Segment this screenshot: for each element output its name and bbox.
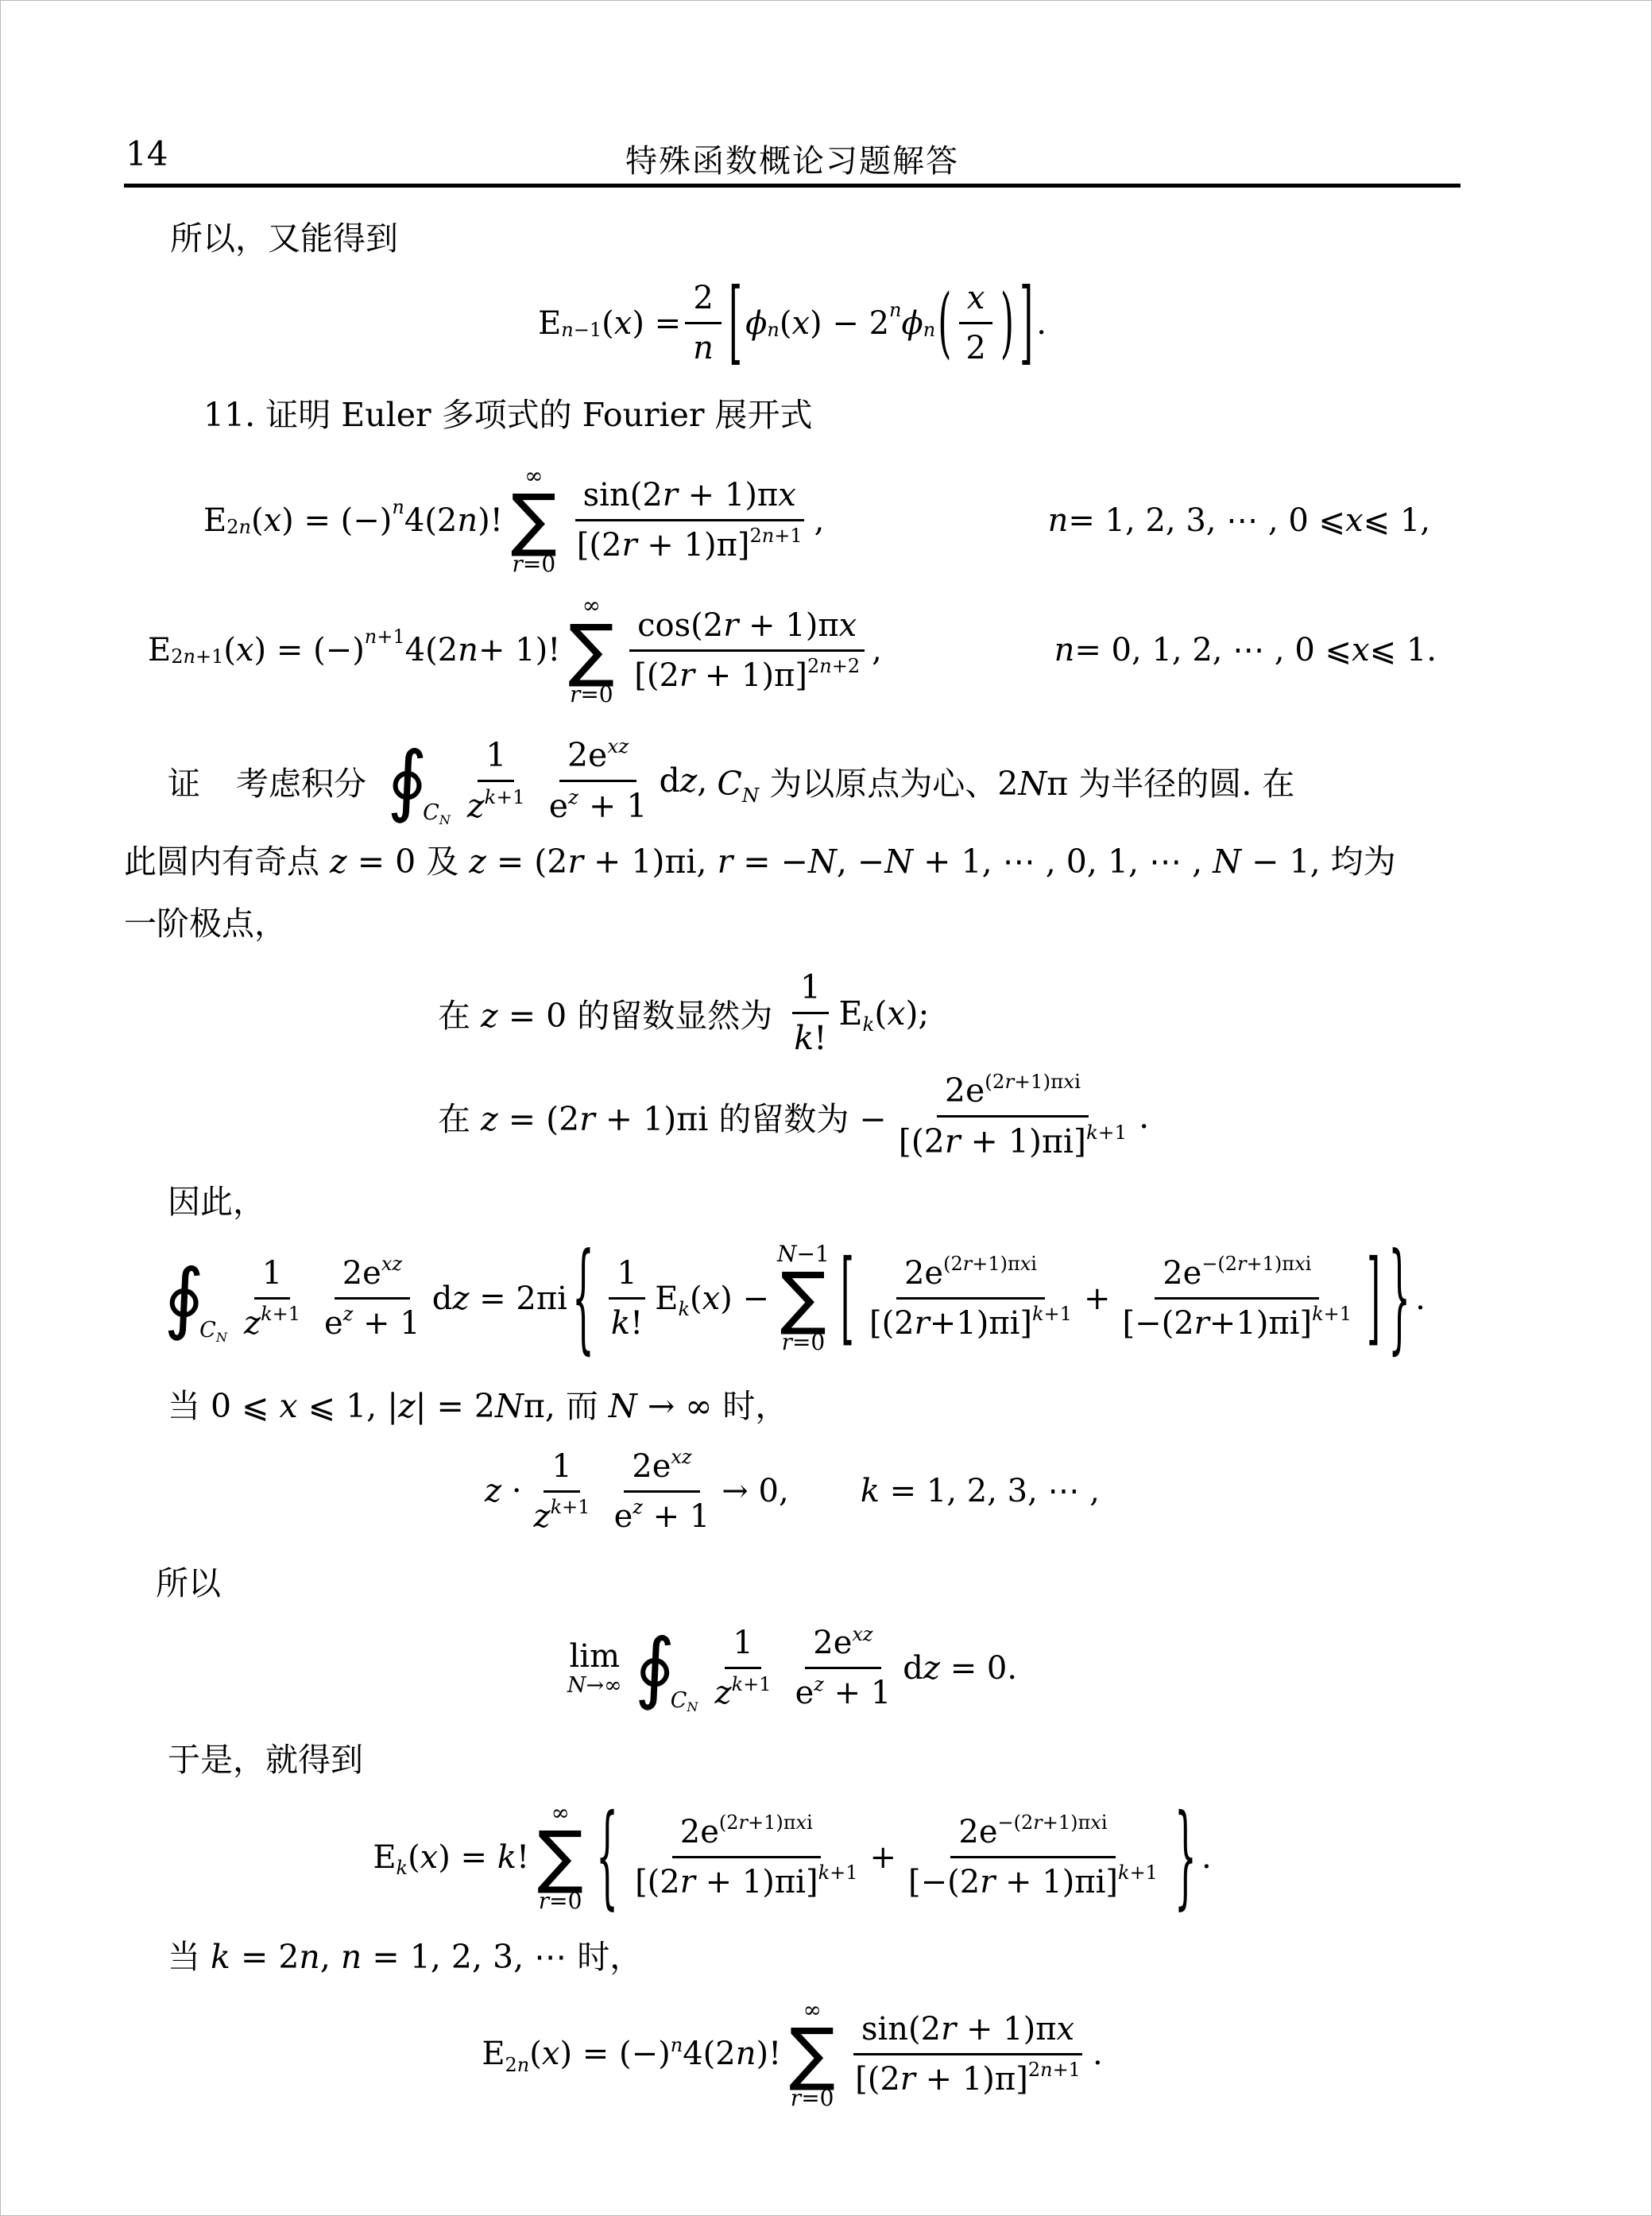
proof-line-1: 证 考虑积分 ∮ CN 1 zk+1 2exz ez + 1 dz, CN 为以…: [124, 735, 1460, 827]
left-bracket: [: [841, 1240, 854, 1358]
sum-operator: N−1 ∑ r=0: [777, 1242, 830, 1355]
formula-eq: dz = 2πi: [432, 1280, 567, 1317]
contour-label: CN: [423, 800, 451, 825]
formula-lead: Ek(x) = k!: [373, 1839, 529, 1876]
proof-label: 证: [168, 757, 200, 804]
contour-label: CN: [199, 1318, 227, 1342]
fraction-denominator: [(2r + 1)π]2n+1: [569, 521, 811, 565]
fraction: 1 zk+1: [707, 1623, 780, 1713]
fraction-numerator: 1: [544, 1447, 579, 1493]
sum-lower-limit: r=0: [539, 1889, 582, 1914]
formula-mid: ϕn(x) − 2nϕn: [745, 305, 935, 342]
fraction: 2exz ez + 1: [541, 735, 656, 827]
paragraph-problem-11: 11. 证明 Euler 多项式的 Fourier 展开式: [124, 392, 1460, 439]
fraction-denominator: zk+1: [707, 1669, 780, 1713]
fraction: 2e(2r+1)πxi [(2r + 1)πi]k+1: [627, 1812, 865, 1902]
formula-tail: .: [1415, 1280, 1426, 1317]
fraction: 2exz ez + 1: [606, 1447, 718, 1536]
paragraph-text: 于是，就得到: [124, 1737, 363, 1784]
formula-lead: E2n(x) = (−)n4(2n)!: [203, 502, 503, 539]
formula-lim: lim N→∞ ∮ CN 1 zk+1 2exz ez + 1 dz = 0.: [124, 1623, 1460, 1713]
fraction-numerator: 1: [725, 1623, 760, 1669]
fraction: cos(2r + 1)πx [(2r + 1)π]2n+2: [626, 606, 868, 695]
sum-icon: ∑: [789, 2023, 835, 2086]
fraction: 1 k!: [603, 1253, 651, 1343]
sum-operator: ∞ ∑ r=0: [789, 1997, 835, 2111]
fraction: 2e−(2r+1)πxi [−(2r + 1)πi]k+1: [900, 1812, 1166, 1902]
fraction-numerator: 2exz: [335, 1253, 410, 1300]
fraction-denominator: [(2r + 1)π]2n+1: [847, 2055, 1089, 2099]
fraction: sin(2r + 1)πx [(2r + 1)π]2n+1: [847, 2009, 1089, 2099]
formula-tail: .: [1139, 1098, 1149, 1136]
paragraph-intro: 所以，又能得到: [124, 215, 1460, 262]
formula-lead: En−1(x) =: [538, 305, 681, 342]
fraction-denominator: [(2r + 1)π]2n+2: [626, 652, 868, 695]
formula-condition: n = 1, 2, 3, ⋯ , 0 ⩽ x ⩽ 1,: [1048, 502, 1430, 539]
paragraph-text: 此圆内有奇点 z = 0 及 z = (2r + 1)πi, r = −N, −…: [124, 843, 1396, 881]
residue-text: 在 z = (2r + 1)πi 的留数为 −: [438, 1093, 887, 1140]
fraction-denominator: n: [685, 324, 722, 368]
fraction: 1 zk+1: [526, 1447, 598, 1536]
formula-lead: z ·: [485, 1473, 522, 1509]
formula-lead: E2n(x) = (−)n4(2n)!: [482, 2036, 781, 2072]
formula-main: E2n+1(x) = (−)n+14(2n + 1)! ∞ ∑ r=0 cos(…: [148, 593, 882, 707]
page-header: 14 特殊函数概论习题解答: [124, 134, 1460, 188]
proof-intro: 考虑积分: [236, 757, 366, 804]
formula-e2n1: E2n+1(x) = (−)n+14(2n + 1)! ∞ ∑ r=0 cos(…: [124, 593, 1460, 707]
residue-text: 在 z = 0 的留数显然为: [438, 990, 772, 1036]
limit-subscript: N→∞: [567, 1674, 622, 1698]
fraction-numerator: 2exz: [805, 1623, 880, 1669]
sum-lower-limit: r=0: [570, 682, 613, 707]
paragraph-text: 11. 证明 Euler 多项式的 Fourier 展开式: [124, 392, 813, 439]
right-bracket: ]: [1367, 1240, 1380, 1358]
contour-integral-icon: ∮: [387, 748, 428, 814]
fraction-denominator: zk+1: [236, 1300, 308, 1343]
paragraph-dang1: 当 0 ⩽ x ⩽ 1, |z| = 2Nπ, 而 N → ∞ 时，: [124, 1383, 1460, 1430]
sum-icon: ∑: [511, 489, 557, 552]
fraction-denominator: ez + 1: [606, 1493, 718, 1536]
sum-operator: ∞ ∑ r=0: [537, 1800, 583, 1914]
book-page: 14 特殊函数概论习题解答 所以，又能得到 En−1(x) = 2 n [ ϕn…: [0, 0, 1652, 2216]
formula-condition: k = 1, 2, 3, ⋯ ,: [861, 1473, 1100, 1509]
paragraph-text: 一阶极点，: [124, 905, 287, 943]
sum-lower-limit: r=0: [782, 1330, 826, 1355]
proof-tail-text: CN 为以原点为心、2Nπ 为半径的圆. 在: [717, 757, 1294, 804]
left-brace: {: [572, 1230, 594, 1367]
paragraph-text: 所以，又能得到: [124, 215, 398, 262]
fraction: 2exz ez + 1: [787, 1623, 900, 1713]
limit-word: lim: [570, 1639, 621, 1674]
sum-operator: ∞ ∑ r=0: [511, 463, 557, 577]
formula-comma: ,: [814, 502, 825, 539]
fraction: 1 zk+1: [459, 735, 533, 827]
formula-tail: .: [1201, 1839, 1212, 1876]
formula-tail: dz,: [659, 761, 707, 800]
fraction-numerator: sin(2r + 1)πx: [853, 2009, 1082, 2055]
fraction-denominator: [−(2r+1)πi]k+1: [1114, 1300, 1360, 1343]
paragraph-text: 当 0 ⩽ x ⩽ 1, |z| = 2Nπ, 而 N → ∞ 时，: [124, 1383, 787, 1430]
fraction: 2e(2r+1)πxi [(2r+1)πi]k+1: [861, 1253, 1080, 1343]
contour-integral-icon: ∮: [635, 1635, 675, 1701]
fraction-numerator: 2e−(2r+1)πxi: [950, 1812, 1115, 1858]
left-bracket: [: [729, 271, 742, 377]
fraction: 1 zk+1: [236, 1253, 308, 1343]
fraction-numerator: 2e(2r+1)πxi: [672, 1812, 821, 1858]
formula-tail: dz = 0.: [903, 1650, 1017, 1687]
sum-icon: ∑: [568, 619, 614, 682]
fraction: 1 k!: [786, 967, 834, 1059]
paragraph-suoyi: 所以: [124, 1560, 1460, 1607]
formula-main: E2n(x) = (−)n4(2n)! ∞ ∑ r=0 sin(2r + 1)π…: [203, 463, 824, 577]
fraction-numerator: x: [959, 278, 993, 324]
formula-condition: n = 0, 1, 2, ⋯ , 0 ⩽ x ⩽ 1.: [1054, 632, 1437, 668]
text-block: 14 特殊函数概论习题解答 所以，又能得到 En−1(x) = 2 n [ ϕn…: [124, 134, 1460, 2111]
sum-lower-limit: r=0: [791, 2086, 834, 2111]
formula-tail: .: [1093, 2036, 1103, 2072]
residue-line-1: 在 z = 0 的留数显然为 1 k! Ek(x);: [124, 967, 1460, 1059]
fraction-numerator: 2e(2r+1)πxi: [896, 1253, 1045, 1300]
fraction-numerator: cos(2r + 1)πx: [629, 606, 865, 652]
sum-icon: ∑: [780, 1267, 826, 1330]
fraction: 2 n: [685, 278, 722, 368]
formula-limit-zero: z · 1 zk+1 2exz ez + 1 → 0, k = 1, 2, 3,…: [124, 1447, 1460, 1536]
paragraph-text: 所以: [124, 1560, 221, 1607]
fraction: 2e−(2r+1)πxi [−(2r+1)πi]k+1: [1114, 1253, 1360, 1343]
formula-arrow: → 0,: [722, 1473, 788, 1509]
contour-integral: ∮ CN: [164, 1265, 227, 1331]
sum-lower-limit: r=0: [512, 552, 555, 577]
fraction-denominator: zk+1: [459, 782, 533, 827]
plus-sign: +: [870, 1839, 897, 1876]
fraction-denominator: ez + 1: [541, 782, 656, 827]
fraction-denominator: 2: [958, 324, 993, 368]
limit-operator: lim N→∞: [567, 1639, 622, 1698]
formula-tail: .: [1036, 305, 1047, 342]
residue-line-2: 在 z = (2r + 1)πi 的留数为 − 2e(2r+1)πxi [(2r…: [124, 1071, 1460, 1162]
fraction-numerator: 1: [254, 1253, 290, 1300]
fraction-denominator: zk+1: [526, 1493, 598, 1536]
left-brace: {: [596, 1792, 618, 1922]
fraction: x 2: [958, 278, 993, 368]
proof-line-3: 一阶极点，: [124, 901, 1460, 947]
fraction: 2exz ez + 1: [316, 1253, 428, 1343]
fraction-denominator: [(2r + 1)πi]k+1: [627, 1858, 865, 1902]
formula-en1: En−1(x) = 2 n [ ϕn(x) − 2nϕn ( x 2 ) ] .: [124, 278, 1460, 368]
left-paren: (: [938, 279, 951, 368]
formula-comma: ,: [872, 632, 882, 668]
contour-integral: ∮ CN: [635, 1635, 698, 1701]
contour-integral: ∮ CN: [387, 748, 451, 814]
proof-line-2: 此圆内有奇点 z = 0 及 z = (2r + 1)πi, r = −N, −…: [124, 839, 1460, 885]
contour-integral-icon: ∮: [164, 1265, 204, 1331]
fraction-numerator: 2exz: [624, 1447, 699, 1493]
plus-sign: +: [1084, 1280, 1111, 1317]
paragraph-dangk: 当 k = 2n, n = 1, 2, 3, ⋯ 时，: [124, 1934, 1460, 1981]
fraction-denominator: ez + 1: [316, 1300, 428, 1343]
paragraph-yushi: 于是，就得到: [124, 1737, 1460, 1784]
formula-e2n-final: E2n(x) = (−)n4(2n)! ∞ ∑ r=0 sin(2r + 1)π…: [124, 1997, 1460, 2111]
paragraph-text: 因此，: [124, 1179, 265, 1226]
formula-e2n: E2n(x) = (−)n4(2n)! ∞ ∑ r=0 sin(2r + 1)π…: [124, 463, 1460, 577]
fraction: sin(2r + 1)πx [(2r + 1)π]2n+1: [569, 475, 811, 565]
page-number: 14: [126, 134, 168, 173]
fraction-numerator: 1: [609, 1253, 644, 1300]
contour-label: CN: [671, 1688, 698, 1713]
fraction-denominator: [(2r+1)πi]k+1: [861, 1300, 1080, 1343]
fraction-denominator: ez + 1: [787, 1669, 900, 1713]
fraction-denominator: [(2r + 1)πi]k+1: [891, 1118, 1135, 1162]
fraction: 2e(2r+1)πxi [(2r + 1)πi]k+1: [891, 1071, 1135, 1162]
fraction-numerator: 2e−(2r+1)πxi: [1155, 1253, 1319, 1300]
fraction-numerator: 2: [685, 278, 721, 324]
fraction-numerator: 2e(2r+1)πxi: [937, 1071, 1089, 1118]
formula-mid: Ek(x) −: [655, 1280, 769, 1317]
residue-value: Ek(x);: [839, 994, 930, 1032]
fraction-denominator: k!: [786, 1014, 834, 1059]
fraction-numerator: sin(2r + 1)πx: [575, 475, 804, 521]
page-title: 特殊函数概论习题解答: [625, 136, 959, 181]
fraction-denominator: k!: [603, 1300, 651, 1343]
sum-icon: ∑: [537, 1826, 583, 1889]
paragraph-yinci: 因此，: [124, 1179, 1460, 1226]
formula-ek: Ek(x) = k! ∞ ∑ r=0 { 2e(2r+1)πxi [(2r + …: [124, 1800, 1460, 1914]
fraction-denominator: [−(2r + 1)πi]k+1: [900, 1858, 1166, 1902]
sum-operator: ∞ ∑ r=0: [568, 593, 614, 707]
right-brace: }: [1388, 1230, 1410, 1367]
fraction-numerator: 2exz: [559, 735, 636, 782]
formula-residue-sum: ∮ CN 1 zk+1 2exz ez + 1 dz = 2πi { 1 k! …: [124, 1242, 1460, 1355]
fraction-numerator: 1: [792, 967, 829, 1014]
right-bracket: ]: [1019, 271, 1033, 377]
paragraph-text: 当 k = 2n, n = 1, 2, 3, ⋯ 时，: [124, 1934, 642, 1981]
right-paren: ): [1000, 279, 1014, 368]
formula-lead: E2n+1(x) = (−)n+14(2n + 1)!: [148, 632, 560, 668]
fraction-numerator: 1: [478, 735, 514, 782]
right-brace: }: [1174, 1792, 1197, 1922]
